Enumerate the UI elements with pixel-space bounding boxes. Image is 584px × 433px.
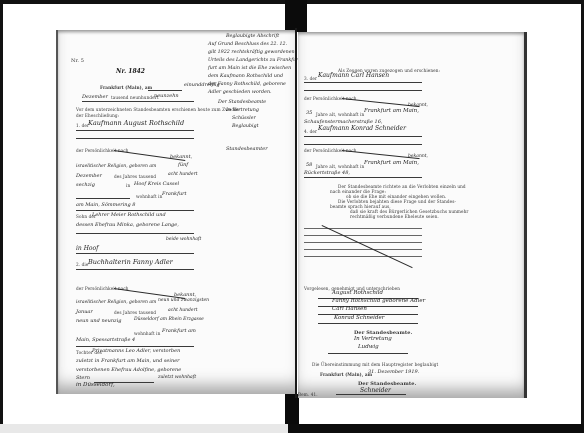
birth-place-value: Hoof Kreis Cassel <box>134 181 179 187</box>
parents-residence-value: in Hoof <box>76 245 98 252</box>
witness1-name: Kaufmann Carl Hansen <box>318 72 389 79</box>
person1-name: Kaufmann August Rothschild <box>88 119 184 127</box>
person2-name: Buchhalterin Fanny Adler <box>88 258 173 266</box>
rule <box>304 249 422 250</box>
birth-month-2: Januar <box>76 309 93 315</box>
religion-value: fünf <box>178 162 188 168</box>
residence-street: am Main, Sömmering 8 <box>76 202 135 208</box>
rule <box>76 210 194 211</box>
parents-value: Lehrer Meier Rothschild und <box>92 212 166 218</box>
right-page: Als Zeugen waren zugezogen und erschiene… <box>298 32 527 398</box>
witness1-age-label: Jahre alt, wohnhaft in <box>316 112 364 117</box>
rule <box>76 253 194 254</box>
parents-residence-label-2: zuletzt wohnhaft <box>158 375 196 380</box>
margin-line: Beglaubigt <box>232 124 259 129</box>
scan-border-left <box>0 0 3 433</box>
formula-line-7: rechtmäßig verbundene Eheleute seien. <box>350 214 439 219</box>
witness2-age: 58 <box>306 162 312 168</box>
residence-street-2: Main, Spessartstraße 4 <box>76 337 135 343</box>
rule <box>76 233 194 234</box>
margin-line: Der Standesbeamte <box>218 100 266 105</box>
rule <box>336 394 406 395</box>
parents-value-2b: zuletzt in Frankfurt am Main, und seiner <box>76 358 180 364</box>
residence-label-2: wohnhaft in <box>134 331 160 336</box>
signature-1: August Rothschild <box>332 290 383 296</box>
witness1-residence: Frankfurt am Main, <box>364 108 419 114</box>
left-page: Nr. 5 Nr. 1842 Frankfurt (Main), am einu… <box>56 30 297 394</box>
cert-date: 31. Dezember 1919. <box>368 369 419 375</box>
official-name: Ludwig <box>358 344 379 350</box>
date-year: neunzehn <box>154 93 179 99</box>
rule <box>76 269 194 270</box>
birth-year-rest: sechzig <box>76 182 95 188</box>
birth-place-label: in <box>126 183 130 188</box>
cert-place: Frankfurt (Main), am <box>320 372 372 377</box>
rule <box>304 144 422 145</box>
signature-4: Konrad Schneider <box>334 315 384 321</box>
witness1-age: 35 <box>306 110 312 116</box>
margin-signature: Standesbeamter <box>226 146 268 152</box>
scan-border-bottom-dark <box>288 424 584 433</box>
official-deputy: In Vertretung <box>354 336 392 342</box>
residence-value-2: Frankfurt am <box>162 328 196 334</box>
rule <box>304 228 422 229</box>
strike-line <box>322 225 413 268</box>
identity-value: bekannt, <box>170 154 192 160</box>
margin-line: gilt 1922 rechtskräftig gewordenen <box>208 50 295 55</box>
birth-place-value-2: Düsseldorf am Rhein Erzgasse <box>134 317 204 322</box>
rule <box>82 101 194 102</box>
birth-year-label: des Jahres tausend <box>114 174 156 179</box>
record-number: Nr. 1842 <box>116 68 145 75</box>
residence-label: wohnhaft in <box>136 194 162 199</box>
margin-line: Adler geschieden worden. <box>208 90 272 95</box>
birth-year-value-2: acht hundert <box>168 308 198 313</box>
corner-mark: Nr. 5 <box>71 58 84 64</box>
footer-mark: Bem. 41. <box>298 392 318 397</box>
birth-year-value: acht hundert <box>168 172 198 177</box>
witness2-age-label: Jahre alt, wohnhaft in <box>316 164 364 169</box>
margin-line: dem Kaufmann Rothschild und <box>208 74 283 79</box>
residence-value: Frankfurt <box>162 191 187 197</box>
birth-year-label-2: des Jahres tausend <box>114 310 156 315</box>
rule <box>76 138 194 139</box>
witness2-street: Rückertstraße 48, <box>304 170 350 176</box>
religion-label: israelitischer Religion, geboren am <box>76 164 156 169</box>
rule <box>304 242 422 243</box>
rule <box>304 90 422 91</box>
witness2-residence: Frankfurt am Main, <box>364 160 419 166</box>
rule <box>76 198 130 199</box>
rule <box>304 136 422 137</box>
date-year-label: tausend neunhundert <box>111 95 159 100</box>
religion-label-2: israelitischer Religion, geboren am <box>76 300 156 305</box>
intro-line-2: der Eheschließung: <box>76 113 119 118</box>
birth-year-rest-2: neun und neunzig <box>76 318 122 324</box>
certification-text: Die Übereinstimmung mit dem Hauptregiste… <box>312 362 438 367</box>
intro-line-1: Vor dem unterzeichneten Standesbeamten e… <box>76 107 239 112</box>
witness2-prefix: 4. der <box>304 129 317 134</box>
parents-value-2d: Stern <box>76 375 90 381</box>
margin-line: Urteils des Landgerichts zu Frankfurt <box>208 58 300 63</box>
rule <box>304 177 422 178</box>
signature-3: Carl Hansen <box>332 306 367 312</box>
margin-line: In Vertretung <box>226 108 259 113</box>
witness2-identity-value: bekannt, <box>408 154 428 159</box>
page-gutter <box>295 28 297 398</box>
rule <box>328 353 408 354</box>
parents-value-2: dessen Ehefrau Minka, geborene Lange, <box>76 222 179 228</box>
parents-residence-value-2: in Düsseldorf, <box>76 382 115 388</box>
signature-2: Fanny Rothschild geborene Adler <box>332 298 425 304</box>
rule <box>304 82 422 83</box>
rule <box>304 256 422 257</box>
parents-value-2c: verstorbenen Ehefrau Adolfine, geborene <box>76 367 181 373</box>
margin-line: der Fanny Rothschild, geborene <box>208 82 286 87</box>
blank-line <box>148 90 182 91</box>
margin-line: Auf Grund Beschluss des 22. 12. <box>208 42 287 47</box>
witness2-name: Kaufmann Konrad Schneider <box>318 125 406 132</box>
witness1-prefix: 3. der <box>304 76 317 81</box>
margin-line: furt am Main ist die Ehe zwischen <box>208 66 291 71</box>
rule <box>76 346 194 347</box>
book-spine-bottom <box>285 394 299 424</box>
date-month: Dezember <box>82 94 108 100</box>
margin-line: Beglaubigte Abschrift <box>226 34 279 39</box>
birth-month: Dezember <box>76 173 102 179</box>
religion-value-2: neun und zwanzigsten <box>158 298 209 303</box>
place-date-label: Frankfurt (Main), am <box>100 85 152 90</box>
rule <box>304 235 422 236</box>
person2-prefix: 2. die <box>76 262 88 267</box>
parents-residence-label: beide wohnhaft <box>166 237 201 242</box>
cert-signature: Schneider <box>360 387 391 394</box>
rule <box>76 130 194 131</box>
rule <box>318 323 418 324</box>
parents-value-2a: Privatmanns Leo Adler, verstorben <box>92 348 180 354</box>
margin-line: Schüssler <box>232 116 256 121</box>
